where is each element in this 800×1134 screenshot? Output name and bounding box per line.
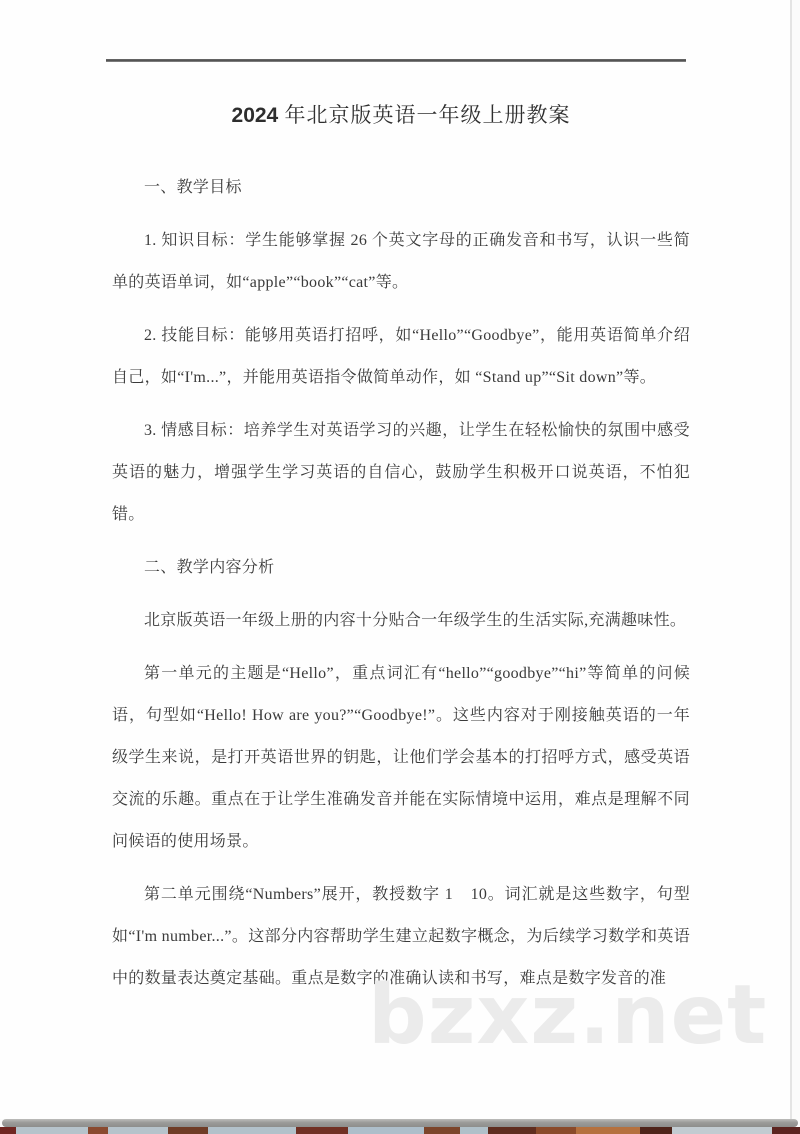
title-text: 年北京版英语一年级上册教案 [278,103,570,127]
paragraph-content-overview: 北京版英语一年级上册的内容十分贴合一年级学生的生活实际,充满趣味性。 [112,600,690,642]
title-year: 2024 [232,104,279,127]
paragraph-skill-goal: 2. 技能目标：能够用英语打招呼，如“Hello”“Goodbye”，能用英语简… [112,315,690,399]
next-page-image-strip [0,1127,800,1134]
document-page: 2024 年北京版英语一年级上册教案 一、教学目标 1. 知识目标：学生能够掌握… [0,0,792,1119]
section-heading-1: 一、教学目标 [112,167,690,209]
watermark-text: bzxz.net [368,975,767,1057]
paragraph-knowledge-goal: 1. 知识目标：学生能够掌握 26 个英文字母的正确发音和书写，认识一些简单的英… [112,220,690,304]
paragraph-unit-1: 第一单元的主题是“Hello”，重点词汇有“hello”“goodbye”“hi… [112,653,690,863]
document-body: 一、教学目标 1. 知识目标：学生能够掌握 26 个英文字母的正确发音和书写，认… [112,167,690,1011]
section-heading-2: 二、教学内容分析 [112,547,690,589]
paragraph-emotion-goal: 3. 情感目标：培养学生对英语学习的兴趣，让学生在轻松愉快的氛围中感受英语的魅力… [112,410,690,536]
page-title: 2024 年北京版英语一年级上册教案 [112,100,690,131]
title-divider-rule [106,59,686,62]
horizontal-scrollbar[interactable] [2,1119,798,1127]
